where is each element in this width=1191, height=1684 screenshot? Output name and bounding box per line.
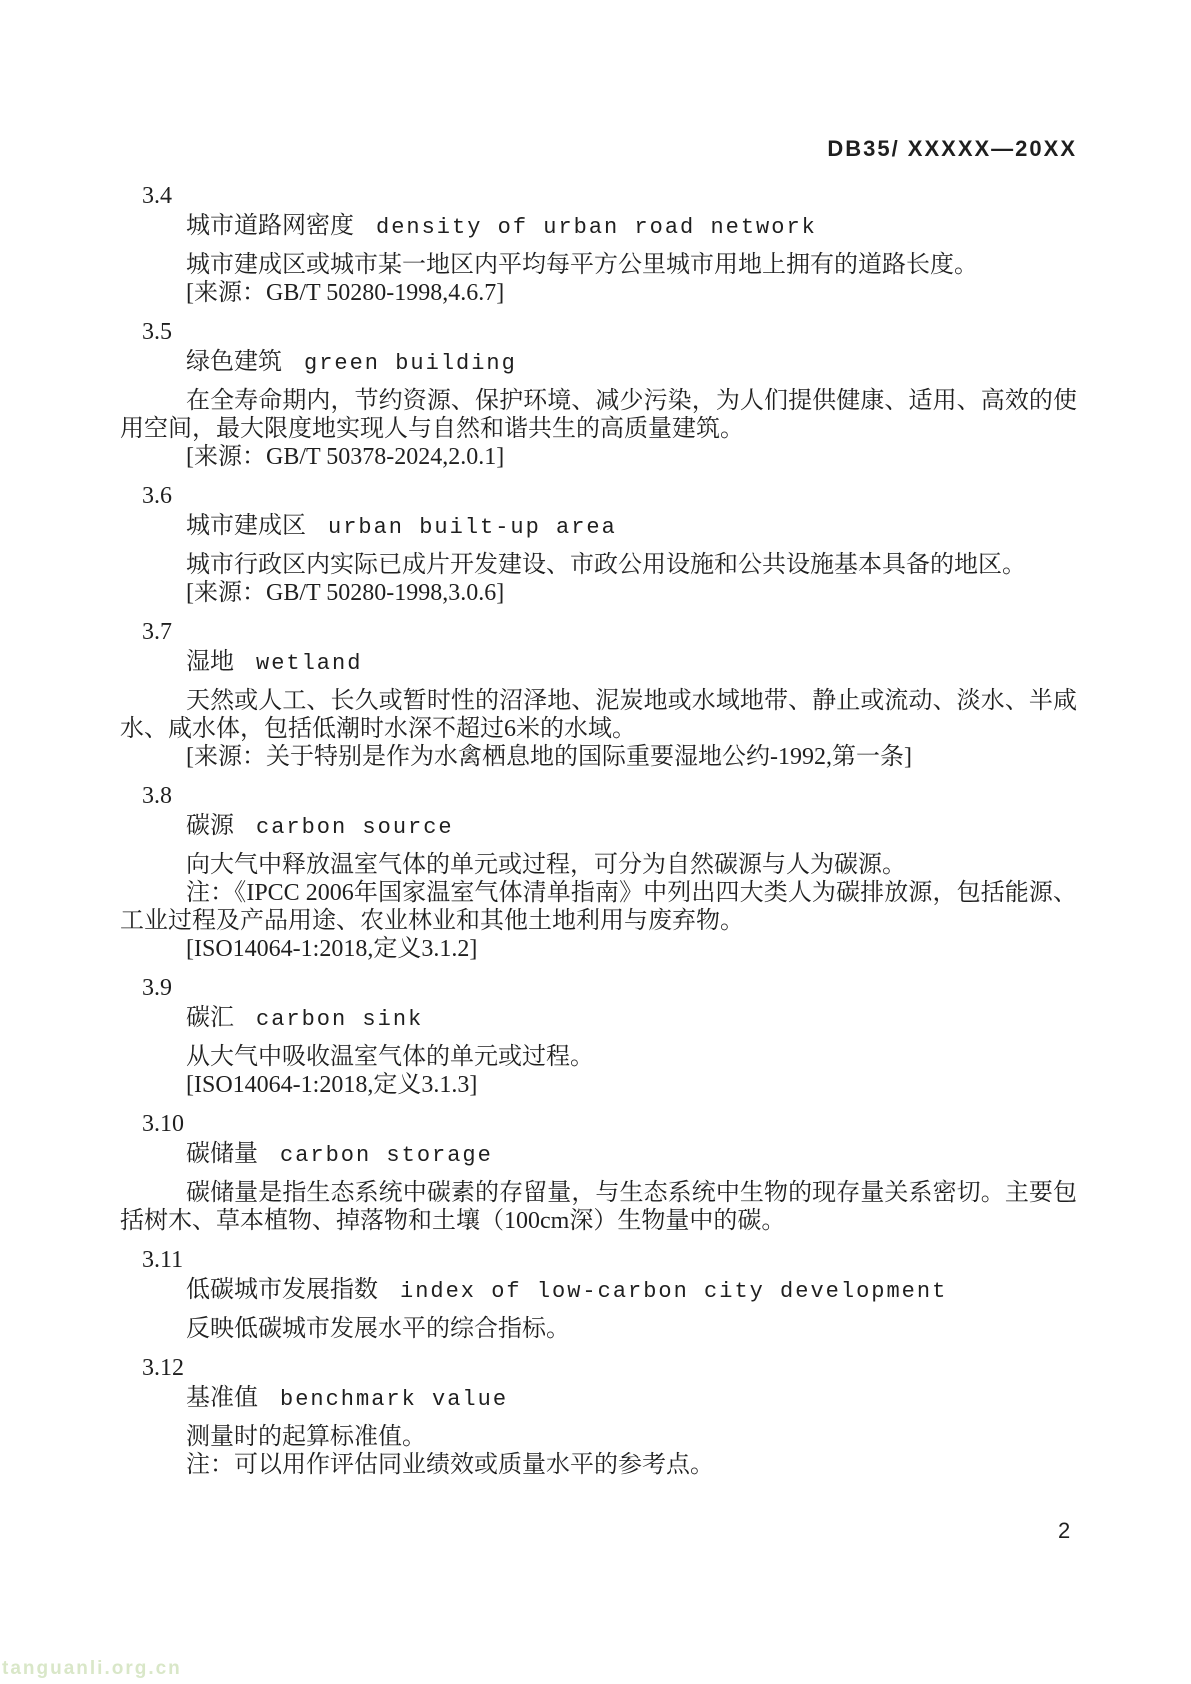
page-content: DB35/ XXXXX—20XX 3.4 城市道路网密度density of u…: [120, 136, 1077, 1490]
term-english: carbon storage: [280, 1143, 493, 1168]
definition-paragraph: 天然或人工、长久或暂时性的沼泽地、泥炭地或水域地带、静止或流动、淡水、半咸水、咸…: [120, 687, 1077, 743]
section-body: 天然或人工、长久或暂时性的沼泽地、泥炭地或水域地带、静止或流动、淡水、半咸水、咸…: [120, 687, 1077, 771]
definition-paragraph: 碳储量是指生态系统中碳素的存留量，与生态系统中生物的现存量关系密切。主要包括树木…: [120, 1179, 1077, 1235]
term-english: density of urban road network: [376, 215, 817, 240]
section-body: 测量时的起算标准值。注：可以用作评估同业绩效或质量水平的参考点。: [120, 1423, 1077, 1479]
term-english: wetland: [256, 651, 362, 676]
definition-paragraph: 测量时的起算标准值。: [120, 1423, 1077, 1451]
term-line: 湿地wetland: [186, 648, 1077, 678]
term-english: carbon sink: [256, 1007, 423, 1032]
document-page: DB35/ XXXXX—20XX 3.4 城市道路网密度density of u…: [0, 0, 1191, 1684]
section-body: 反映低碳城市发展水平的综合指标。: [120, 1315, 1077, 1343]
definition-paragraph: 反映低碳城市发展水平的综合指标。: [120, 1315, 1077, 1343]
definition-paragraph: 在全寿命期内，节约资源、保护环境、减少污染，为人们提供健康、适用、高效的使用空间…: [120, 387, 1077, 443]
section-body: 向大气中释放温室气体的单元或过程，可分为自然碳源与人为碳源。注：《IPCC 20…: [120, 851, 1077, 963]
term-line: 城市道路网密度density of urban road network: [186, 212, 1077, 242]
term-chinese: 城市建成区: [186, 513, 306, 539]
term-chinese: 碳汇: [186, 1005, 234, 1031]
definition-paragraph: 向大气中释放温室气体的单元或过程，可分为自然碳源与人为碳源。: [120, 851, 1077, 879]
term-chinese: 基准值: [186, 1385, 258, 1411]
term-english: index of low-carbon city development: [400, 1279, 947, 1304]
term-section: 3.10 碳储量carbon storage 碳储量是指生态系统中碳素的存留量，…: [120, 1110, 1077, 1235]
term-english: benchmark value: [280, 1387, 508, 1412]
term-chinese: 湿地: [186, 649, 234, 675]
document-code-header: DB35/ XXXXX—20XX: [120, 136, 1077, 162]
page-number: 2: [1058, 1518, 1070, 1544]
section-number: 3.10: [142, 1110, 1077, 1138]
section-number: 3.11: [142, 1246, 1077, 1274]
section-number: 3.4: [142, 182, 1077, 210]
term-line: 碳源carbon source: [186, 812, 1077, 842]
term-line: 碳汇carbon sink: [186, 1004, 1077, 1034]
term-chinese: 碳源: [186, 813, 234, 839]
term-english: carbon source: [256, 815, 454, 840]
definition-paragraph: 城市建成区或城市某一地区内平均每平方公里城市用地上拥有的道路长度。: [120, 251, 1077, 279]
section-body: 在全寿命期内，节约资源、保护环境、减少污染，为人们提供健康、适用、高效的使用空间…: [120, 387, 1077, 471]
term-line: 基准值benchmark value: [186, 1384, 1077, 1414]
term-line: 城市建成区urban built-up area: [186, 512, 1077, 542]
section-number: 3.12: [142, 1354, 1077, 1382]
term-chinese: 绿色建筑: [186, 349, 282, 375]
term-section: 3.4 城市道路网密度density of urban road network…: [120, 182, 1077, 307]
section-body: 碳储量是指生态系统中碳素的存留量，与生态系统中生物的现存量关系密切。主要包括树木…: [120, 1179, 1077, 1235]
section-body: 从大气中吸收温室气体的单元或过程。[ISO14064-1:2018,定义3.1.…: [120, 1043, 1077, 1099]
term-section: 3.8 碳源carbon source 向大气中释放温室气体的单元或过程，可分为…: [120, 782, 1077, 963]
watermark-text: tanguanli.org.cn: [2, 1658, 182, 1680]
term-section: 3.5 绿色建筑green building 在全寿命期内，节约资源、保护环境、…: [120, 318, 1077, 471]
section-number: 3.7: [142, 618, 1077, 646]
source-reference: [ISO14064-1:2018,定义3.1.3]: [120, 1071, 1077, 1099]
source-reference: [来源：GB/T 50280-1998,3.0.6]: [120, 579, 1077, 607]
section-body: 城市行政区内实际已成片开发建设、市政公用设施和公共设施基本具备的地区。[来源：G…: [120, 551, 1077, 607]
term-section: 3.11 低碳城市发展指数index of low-carbon city de…: [120, 1246, 1077, 1343]
term-section: 3.6 城市建成区urban built-up area 城市行政区内实际已成片…: [120, 482, 1077, 607]
term-section: 3.12 基准值benchmark value 测量时的起算标准值。注：可以用作…: [120, 1354, 1077, 1479]
term-chinese: 城市道路网密度: [186, 213, 354, 239]
source-reference: [来源：GB/T 50378-2024,2.0.1]: [120, 443, 1077, 471]
terms-and-definitions-list: 3.4 城市道路网密度density of urban road network…: [120, 182, 1077, 1479]
term-line: 绿色建筑green building: [186, 348, 1077, 378]
term-section: 3.9 碳汇carbon sink 从大气中吸收温室气体的单元或过程。[ISO1…: [120, 974, 1077, 1099]
term-line: 碳储量carbon storage: [186, 1140, 1077, 1170]
term-section: 3.7 湿地wetland 天然或人工、长久或暂时性的沼泽地、泥炭地或水域地带、…: [120, 618, 1077, 771]
term-chinese: 碳储量: [186, 1141, 258, 1167]
section-number: 3.8: [142, 782, 1077, 810]
note-paragraph: 注：《IPCC 2006年国家温室气体清单指南》中列出四大类人为碳排放源，包括能…: [120, 879, 1077, 935]
section-number: 3.5: [142, 318, 1077, 346]
section-number: 3.9: [142, 974, 1077, 1002]
term-english: green building: [304, 351, 517, 376]
source-reference: [来源：GB/T 50280-1998,4.6.7]: [120, 279, 1077, 307]
definition-paragraph: 从大气中吸收温室气体的单元或过程。: [120, 1043, 1077, 1071]
section-number: 3.6: [142, 482, 1077, 510]
term-line: 低碳城市发展指数index of low-carbon city develop…: [186, 1276, 1077, 1306]
term-chinese: 低碳城市发展指数: [186, 1277, 378, 1303]
term-english: urban built-up area: [328, 515, 617, 540]
definition-paragraph: 城市行政区内实际已成片开发建设、市政公用设施和公共设施基本具备的地区。: [120, 551, 1077, 579]
section-body: 城市建成区或城市某一地区内平均每平方公里城市用地上拥有的道路长度。[来源：GB/…: [120, 251, 1077, 307]
source-reference: [来源：关于特别是作为水禽栖息地的国际重要湿地公约-1992,第一条]: [120, 743, 1077, 771]
note-paragraph: 注：可以用作评估同业绩效或质量水平的参考点。: [120, 1451, 1077, 1479]
source-reference: [ISO14064-1:2018,定义3.1.2]: [120, 935, 1077, 963]
